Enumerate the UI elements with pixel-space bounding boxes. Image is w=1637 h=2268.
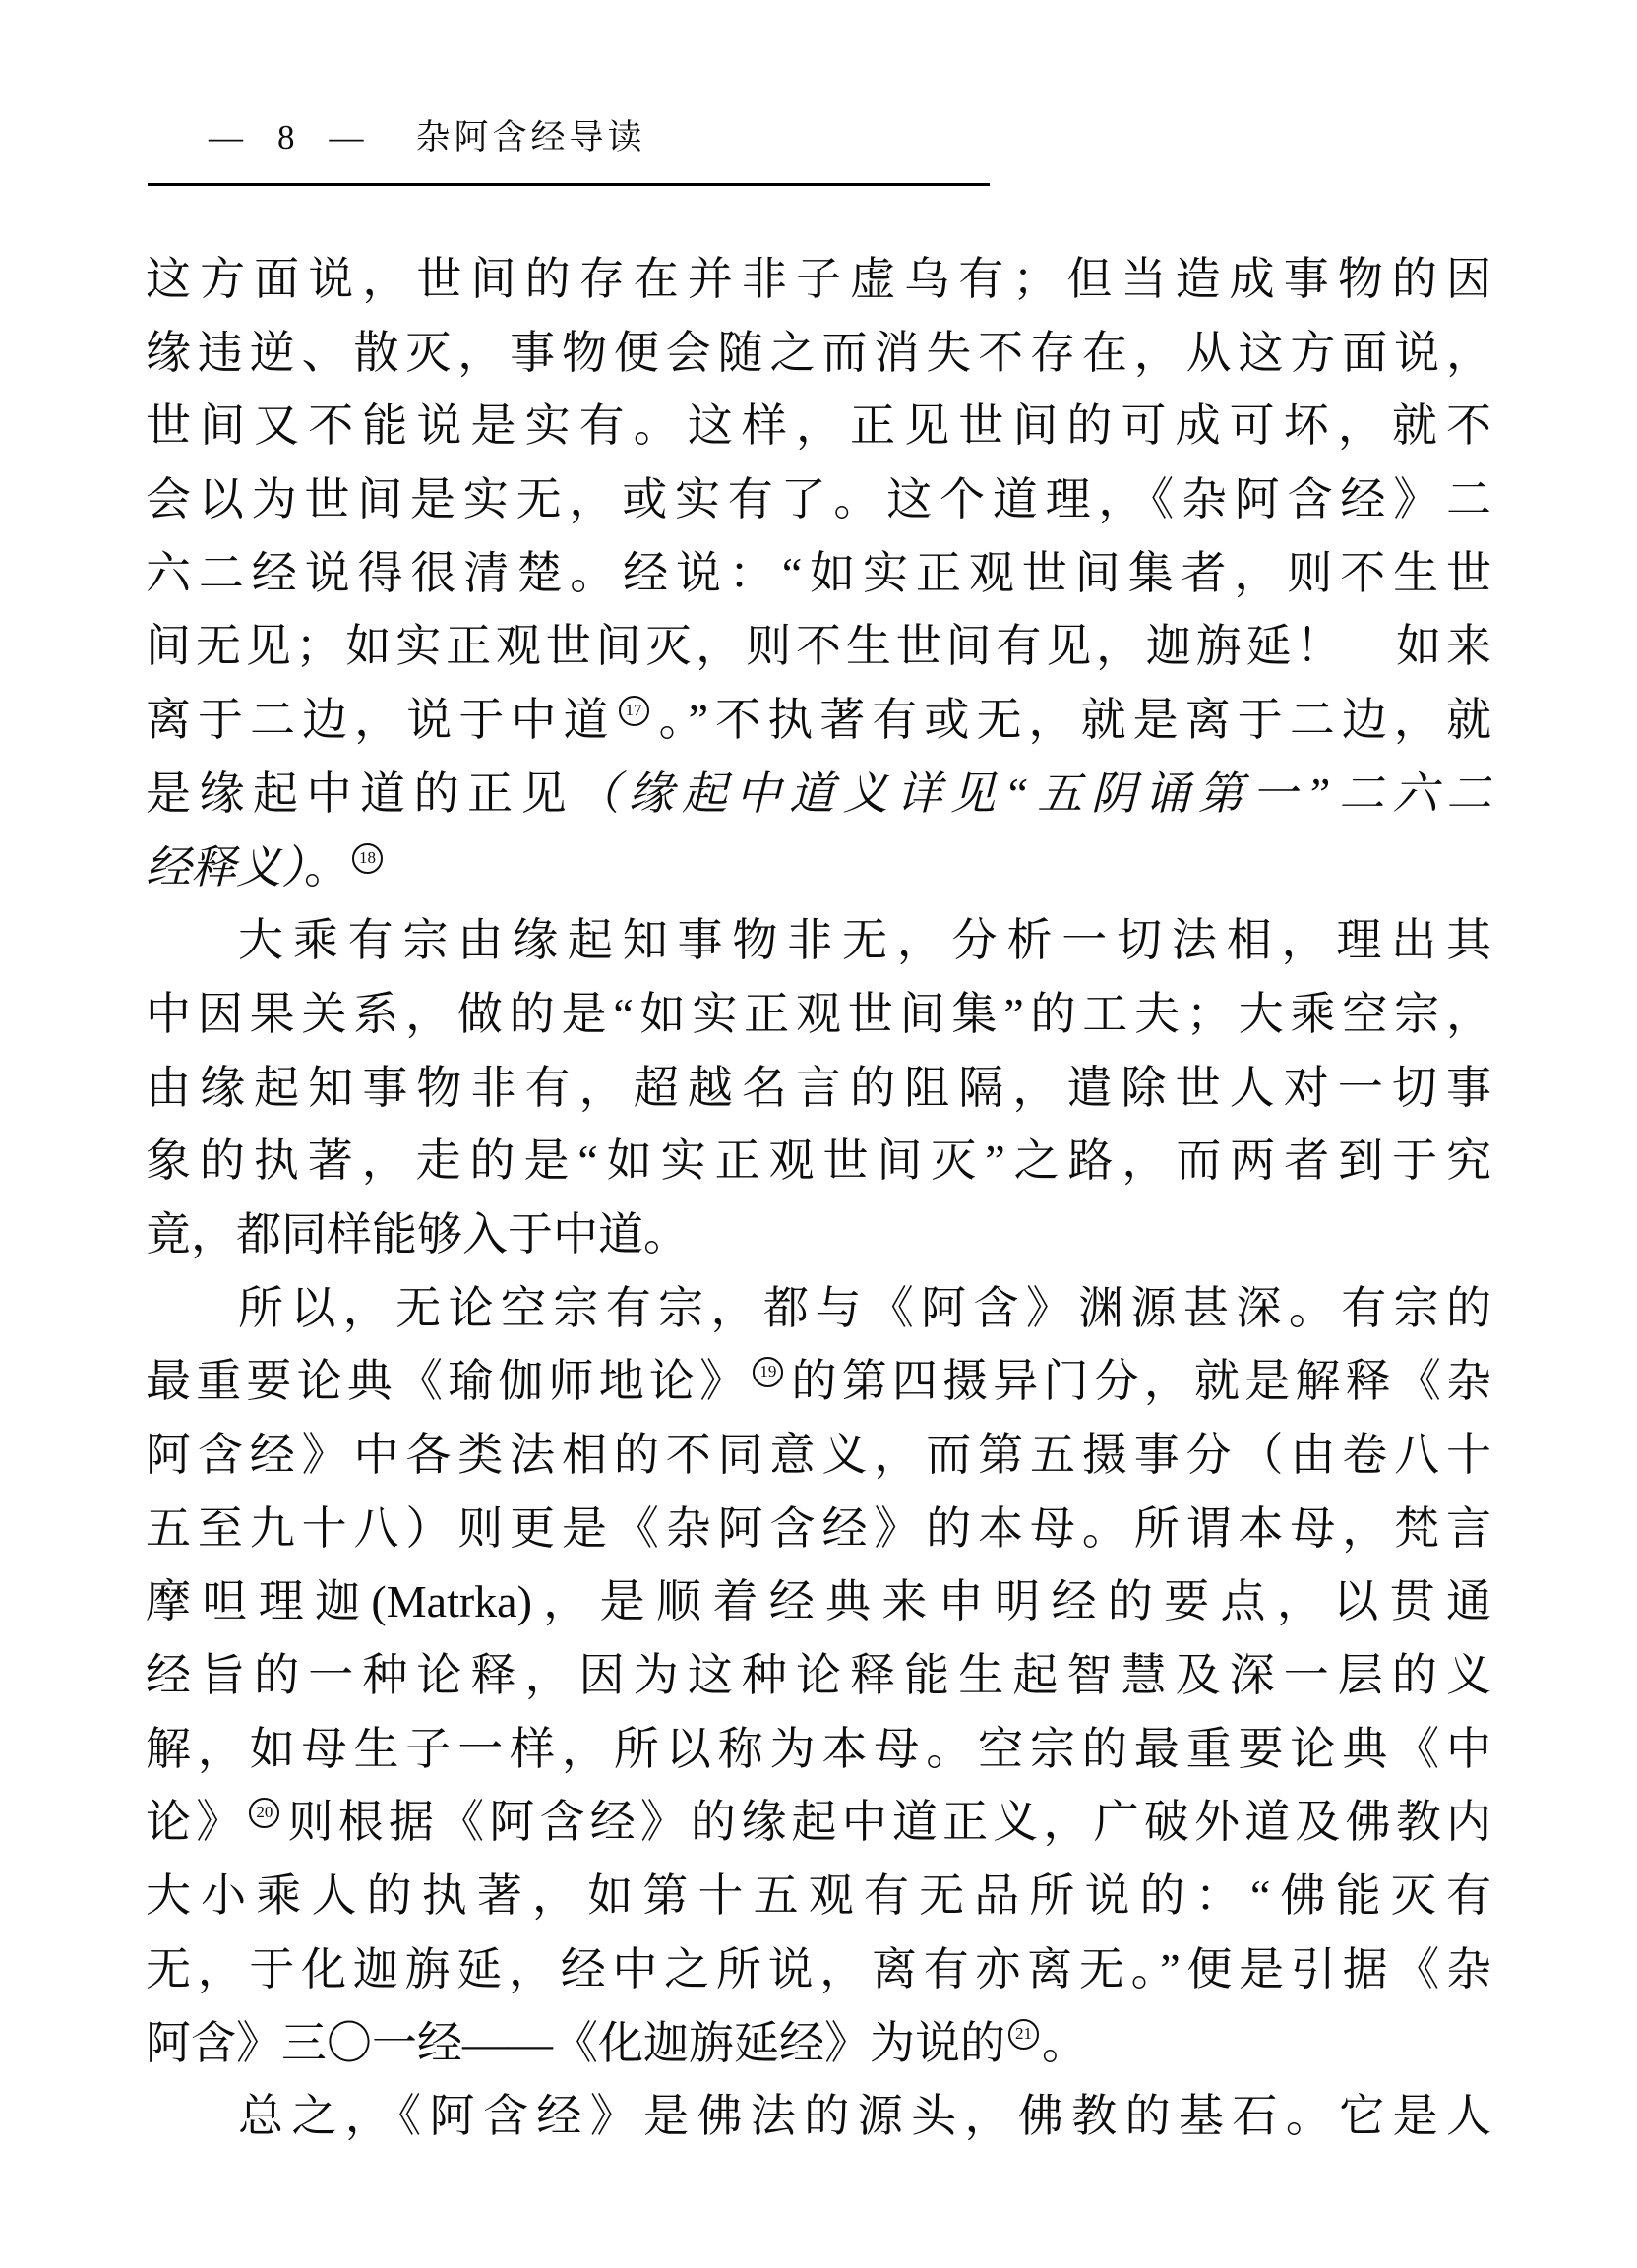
body-text-segment: 经旨的一种论释，因为这种论释能生起智慧及深一层的义 <box>146 1650 1491 1700</box>
body-text-segment: 。 <box>304 842 349 892</box>
body-text-segment: 六二经说得很清楚。经说：“如实正观世间集者，则不生世 <box>146 548 1491 598</box>
body-text-segment: 。 <box>1042 2018 1087 2068</box>
body-text-segment: 五至九十八）则更是《杂阿含经》的本母。所谓本母，梵言 <box>146 1503 1491 1554</box>
page-header: — 8 — 杂阿含经导读 <box>209 110 646 159</box>
body-text-segment: 世间又不能说是实有。这样，正见世间的可成可坏，就不 <box>146 400 1491 451</box>
body-text-segment: 解，如母生子一样，所以称为本母。空宗的最重要论典《中 <box>146 1724 1491 1774</box>
body-text-segment: 缘违逆、散灭，事物便会随之而消失不存在，从这方面说， <box>146 328 1491 378</box>
text-line: 会以为世间是实无，或实有了。这个道理，《杂阿含经》二 <box>146 463 1491 537</box>
text-line: 阿含》三〇一经——《化迦旃延经》为说的21。 <box>146 2007 1491 2081</box>
text-line: 大小乘人的执著，如第十五观有无品所说的：“佛能灭有 <box>146 1860 1491 1933</box>
text-line: 最重要论典《瑜伽师地论》19的第四摄异门分，就是解释《杂 <box>146 1345 1491 1419</box>
body-text-segment: 这方面说，世间的存在并非子虚乌有；但当造成事物的因 <box>146 254 1491 304</box>
kaiti-text-segment: 经释义） <box>146 842 304 892</box>
header-dash-left: — <box>209 118 244 157</box>
body-text-segment: 象的执著，走的是“如实正观世间灭”之路，而两者到于究 <box>146 1135 1491 1186</box>
body-text-segment: 摩呾理迦(Matrka)，是顺着经典来申明经的要点，以贯通 <box>146 1576 1491 1626</box>
text-line: 论》20则根据《阿含经》的缘起中道正义，广破外道及佛教内 <box>146 1786 1491 1860</box>
footnote-ref: 17 <box>619 696 649 726</box>
text-line: 间无见；如实正观世间灭，则不生世间有见，迦旃延！ 如来 <box>146 610 1491 684</box>
body-text-segment: 。”不执著有或无，就是离于二边，就 <box>652 695 1491 745</box>
body-text-segment: 最重要论典《瑜伽师地论》 <box>146 1356 750 1406</box>
scanned-book-page: — 8 — 杂阿含经导读 这方面说，世间的存在并非子虚乌有；但当造成事物的因缘违… <box>0 0 1637 2268</box>
body-text-segment: 间无见；如实正观世间灭，则不生世间有见，迦旃延！ 如来 <box>146 621 1491 671</box>
body-text-segment: 论》 <box>146 1797 246 1847</box>
text-line: 大乘有宗由缘起知事物非无，分析一切法相，理出其 <box>146 904 1491 978</box>
text-line: 阿含经》中各类法相的不同意义，而第五摄事分（由卷八十 <box>146 1419 1491 1493</box>
text-line: 经旨的一种论释，因为这种论释能生起智慧及深一层的义 <box>146 1639 1491 1713</box>
text-line: 总之，《阿含经》是佛法的源头，佛教的基石。它是人 <box>146 2080 1491 2154</box>
text-line: 缘违逆、散灭，事物便会随之而消失不存在，从这方面说， <box>146 317 1491 391</box>
body-text-segment: 阿含经》中各类法相的不同意义，而第五摄事分（由卷八十 <box>146 1430 1491 1480</box>
body-text-segment: 会以为世间是实无，或实有了。这个道理，《杂阿含经》二 <box>146 474 1491 524</box>
footnote-ref: 21 <box>1008 2019 1039 2050</box>
body-text-segment: 由缘起知事物非有，超越名言的阻隔，遣除世人对一切事 <box>146 1063 1491 1113</box>
body-text-segment: 所以，无论空宗有宗，都与《阿含》渊源甚深。有宗的 <box>238 1283 1491 1333</box>
footnote-ref: 18 <box>352 843 383 874</box>
text-line: 所以，无论空宗有宗，都与《阿含》渊源甚深。有宗的 <box>146 1272 1491 1346</box>
body-text-segment: 离于二边，说于中道 <box>146 695 616 745</box>
text-line: 解，如母生子一样，所以称为本母。空宗的最重要论典《中 <box>146 1713 1491 1787</box>
body-text-segment: 中因果关系，做的是“如实正观世间集”的工夫；大乘空宗， <box>146 989 1491 1039</box>
text-line: 由缘起知事物非有，超越名言的阻隔，遣除世人对一切事 <box>146 1052 1491 1126</box>
text-line: 离于二边，说于中道17。”不执著有或无，就是离于二边，就 <box>146 684 1491 758</box>
book-title: 杂阿含经导读 <box>416 110 646 159</box>
footnote-ref: 20 <box>249 1798 279 1828</box>
text-line: 五至九十八）则更是《杂阿含经》的本母。所谓本母，梵言 <box>146 1493 1491 1566</box>
paragraph: 所以，无论空宗有宗，都与《阿含》渊源甚深。有宗的最重要论典《瑜伽师地论》19的第… <box>146 1272 1491 2081</box>
body-text-segment: 无，于化迦旃延，经中之所说，离有亦离无。”便是引据《杂 <box>146 1944 1491 1994</box>
text-line: 经释义）。18 <box>146 831 1491 905</box>
body-text-segment: 是缘起中道的正见 <box>146 768 575 819</box>
text-line: 象的执著，走的是“如实正观世间灭”之路，而两者到于究 <box>146 1125 1491 1198</box>
text-line: 摩呾理迦(Matrka)，是顺着经典来申明经的要点，以贯通 <box>146 1565 1491 1639</box>
body-text-segment: 大乘有宗由缘起知事物非无，分析一切法相，理出其 <box>238 915 1491 965</box>
body-text: 这方面说，世间的存在并非子虚乌有；但当造成事物的因缘违逆、散灭，事物便会随之而消… <box>146 243 1491 2154</box>
page-number: 8 <box>277 118 296 157</box>
header-rule <box>148 183 990 186</box>
text-line: 无，于化迦旃延，经中之所说，离有亦离无。”便是引据《杂 <box>146 1933 1491 2007</box>
body-text-segment: 的第四摄异门分，就是解释《杂 <box>786 1356 1491 1406</box>
text-line: 是缘起中道的正见（缘起中道义详见“五阴诵第一”二六二 <box>146 758 1491 831</box>
footnote-ref: 19 <box>753 1357 783 1387</box>
text-line: 竟，都同样能够入于中道。 <box>146 1198 1491 1272</box>
header-dash-right: — <box>330 118 365 157</box>
body-text-segment: 大小乘人的执著，如第十五观有无品所说的：“佛能灭有 <box>146 1870 1491 1921</box>
body-text-segment: 阿含》三〇一经——《化迦旃延经》为说的 <box>146 2018 1005 2068</box>
text-line: 这方面说，世间的存在并非子虚乌有；但当造成事物的因 <box>146 243 1491 317</box>
body-text-segment: 竟，都同样能够入于中道。 <box>146 1209 689 1259</box>
paragraph: 大乘有宗由缘起知事物非无，分析一切法相，理出其中因果关系，做的是“如实正观世间集… <box>146 904 1491 1271</box>
paragraph: 总之，《阿含经》是佛法的源头，佛教的基石。它是人 <box>146 2080 1491 2154</box>
body-text-segment: 总之，《阿含经》是佛法的源头，佛教的基石。它是人 <box>238 2091 1491 2141</box>
text-line: 中因果关系，做的是“如实正观世间集”的工夫；大乘空宗， <box>146 978 1491 1052</box>
body-text-segment: 则根据《阿含经》的缘起中道正义，广破外道及佛教内 <box>282 1797 1491 1847</box>
kaiti-text-segment: （缘起中道义详见“五阴诵第一”二六二 <box>575 768 1491 819</box>
text-line: 世间又不能说是实有。这样，正见世间的可成可坏，就不 <box>146 390 1491 463</box>
paragraph: 这方面说，世间的存在并非子虚乌有；但当造成事物的因缘违逆、散灭，事物便会随之而消… <box>146 243 1491 904</box>
text-line: 六二经说得很清楚。经说：“如实正观世间集者，则不生世 <box>146 537 1491 611</box>
